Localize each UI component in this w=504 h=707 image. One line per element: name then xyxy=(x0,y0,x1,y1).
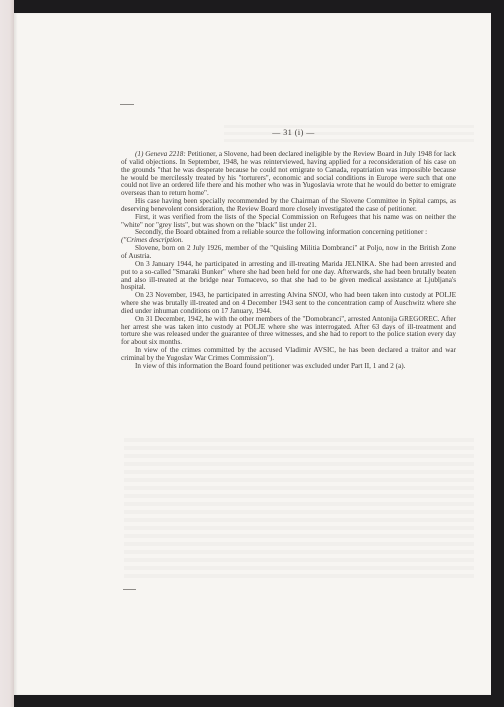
paragraph-declaration: In view of the crimes committed by the a… xyxy=(121,347,456,363)
margin-mark-bottom xyxy=(123,589,136,590)
previous-page-edge xyxy=(0,0,14,707)
bleed-through-text xyxy=(124,438,474,578)
scanned-page-view: — 31 (i) — (1) Geneva 2218: Petitioner, … xyxy=(0,0,504,707)
page-number: — 31 (i) — xyxy=(121,128,456,138)
paragraph-crime-1: On 3 January 1944, he participated in ar… xyxy=(121,261,456,292)
document-body: — 31 (i) — (1) Geneva 2218: Petitioner, … xyxy=(121,128,456,371)
paragraph-conclusion: In view of this information the Board fo… xyxy=(121,363,456,371)
paragraph-recommendation: His case having been specially recommend… xyxy=(121,198,456,214)
paragraph-crime-3: On 31 December, 1942, he with the other … xyxy=(121,316,456,347)
paragraph-text: Petitioner, a Slovene, had been declared… xyxy=(121,150,456,197)
paragraph-identity: Slovene, born on 2 July 1926, member of … xyxy=(121,245,456,261)
paragraph-case-intro: (1) Geneva 2218: Petitioner, a Slovene, … xyxy=(121,151,456,198)
case-reference: (1) Geneva 2218: xyxy=(135,150,186,158)
margin-mark-top xyxy=(120,104,134,105)
paragraph-crime-2: On 23 November, 1943, he participated in… xyxy=(121,292,456,316)
paragraph-verification: First, it was verified from the lists of… xyxy=(121,214,456,230)
